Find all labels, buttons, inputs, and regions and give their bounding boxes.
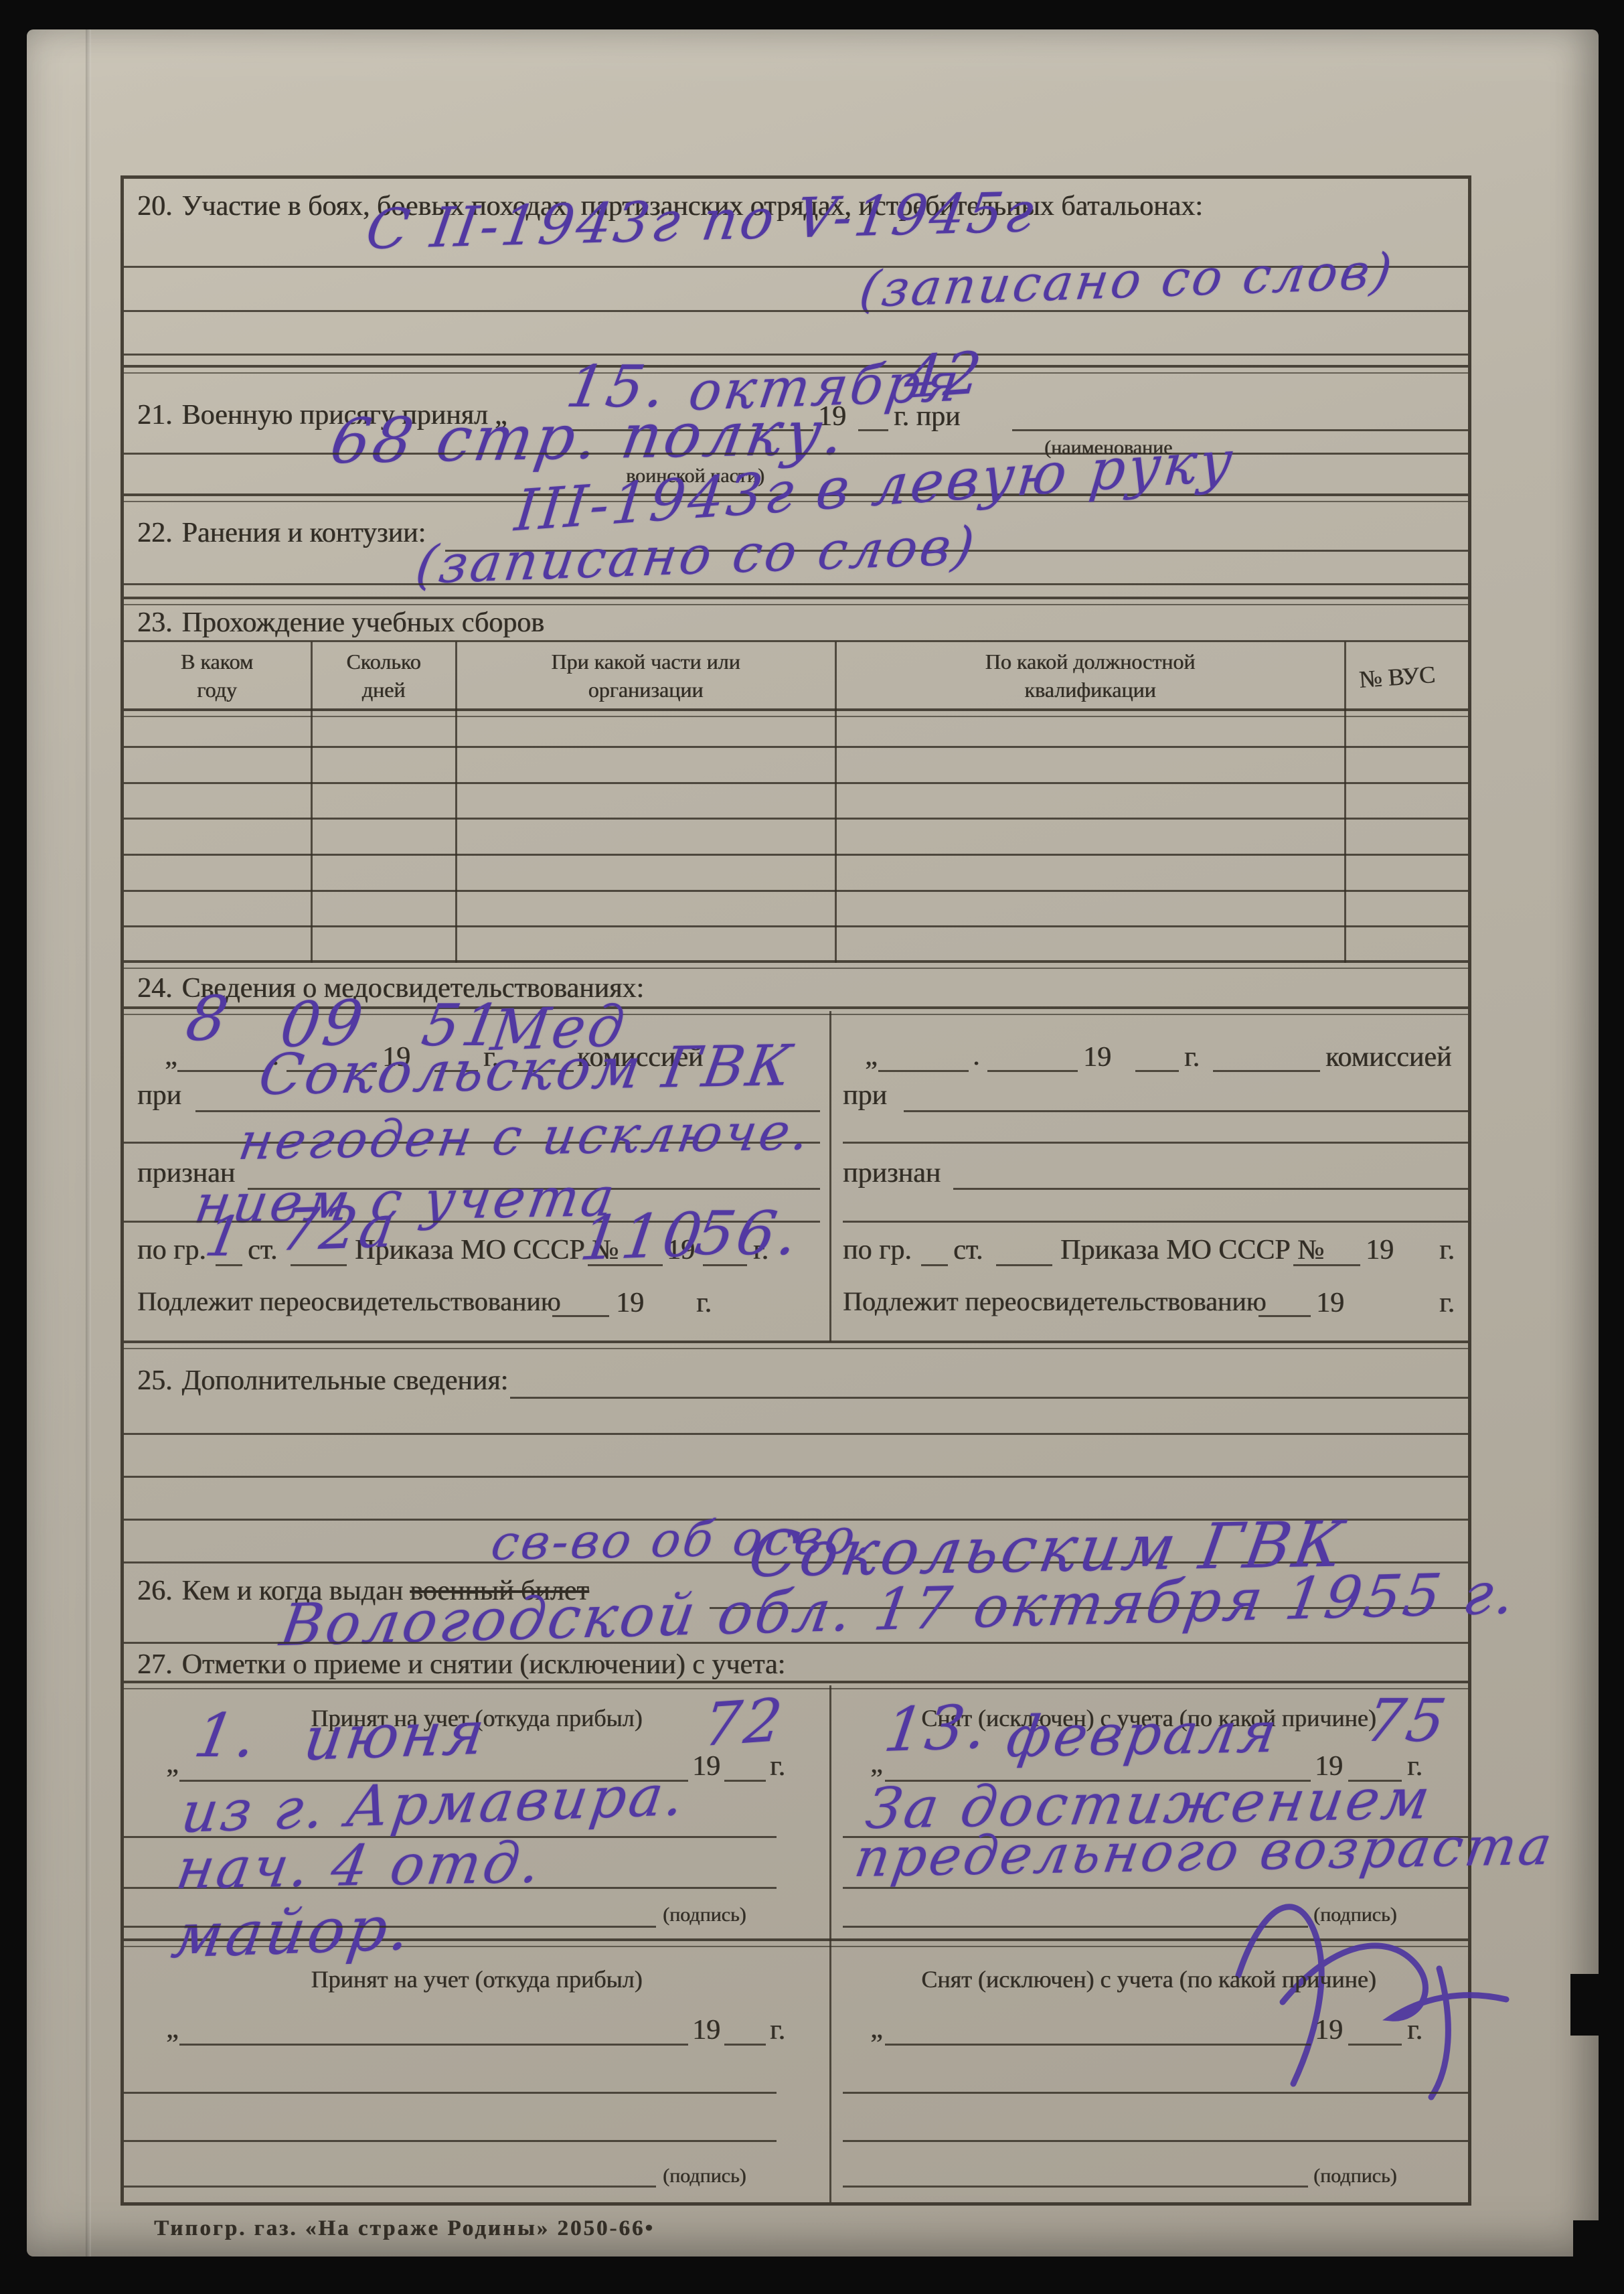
- printed-year-abbr: г.: [1184, 1041, 1200, 1073]
- rule: [921, 1264, 948, 1266]
- section-22-label: Ранения и контузии:: [182, 518, 426, 548]
- handwriting-order-year: 56.: [690, 1199, 807, 1269]
- printed-group: по гр.: [137, 1234, 206, 1266]
- handwriting-order-number: 110: [576, 1199, 710, 1274]
- printed-year-abbr: г.: [696, 1287, 712, 1319]
- section-27-title-line: 27.Отметки о приеме и снятии (исключении…: [137, 1649, 785, 1681]
- rule: [987, 1070, 1078, 1072]
- section-25-title-line: 25.Дополнительные сведения:: [137, 1365, 508, 1397]
- table-row-line: [124, 854, 1468, 856]
- rule: [124, 354, 1468, 356]
- printed-19: 19: [1316, 1287, 1344, 1319]
- rule: [1135, 1070, 1179, 1072]
- paper-crease: [86, 29, 91, 2257]
- removed-header: Снят (исключен) с учета (по какой причин…: [829, 1965, 1468, 1993]
- handwriting-recognized-line2: нием с учета: [191, 1166, 621, 1235]
- table-column-line: [1344, 641, 1346, 963]
- printed-group: по гр.: [843, 1234, 912, 1266]
- printed-year-abbr: г.: [770, 2014, 785, 2046]
- printed-reexam: Подлежит переосвидетельствованию: [137, 1286, 560, 1317]
- table-top-line: [124, 640, 1468, 642]
- printed-reexam: Подлежит переосвидетельствованию: [843, 1286, 1266, 1317]
- rule: [1012, 429, 1468, 431]
- rule: [179, 2044, 688, 2046]
- rule: [291, 1264, 347, 1266]
- table-row-line: [124, 782, 1468, 784]
- rule: [177, 1070, 268, 1072]
- section-25-number: 25.: [137, 1365, 173, 1396]
- section-21-number: 21.: [137, 400, 173, 431]
- printed-year-abbr: г.: [1407, 2014, 1423, 2046]
- section-24-number: 24.: [137, 973, 173, 1004]
- rule: [124, 2140, 777, 2142]
- handwriting-recognized-line1: негоден с исключе.: [235, 1101, 816, 1171]
- rule: [1213, 1070, 1320, 1072]
- table-header-qualification: По какой должностной квалификации: [839, 648, 1342, 704]
- section-22-label-line: 22.Ранения и контузии:: [137, 517, 426, 549]
- section-26-number: 26.: [137, 1576, 173, 1606]
- table-column-line: [311, 641, 313, 963]
- section-25-title: Дополнительные сведения:: [182, 1365, 509, 1396]
- handwriting-accepted-day: 1.: [189, 1701, 264, 1771]
- rule: [124, 583, 1468, 585]
- rule: [843, 2140, 1468, 2142]
- printed-year-abbr: г.: [1439, 1287, 1455, 1319]
- table-header-unit: При какой части или организации: [459, 648, 832, 704]
- rule: [124, 1642, 1468, 1644]
- printed-at: при: [843, 1079, 887, 1112]
- printer-imprint: Типогр. газ. «На страже Родины» 2050-66•: [154, 2216, 655, 2241]
- table-row-line: [124, 746, 1468, 748]
- sign-label: (подпись): [663, 1904, 746, 1926]
- table-column-line: [835, 641, 837, 963]
- printed-article: ст.: [953, 1234, 983, 1266]
- handwriting-removed-day: 13.: [880, 1691, 994, 1766]
- table-bottom-line: [124, 960, 1468, 969]
- scanned-military-card-page: 20.Участие в боях, боевых походах, парти…: [0, 0, 1624, 2294]
- printed-19: 19: [1083, 1041, 1111, 1073]
- printed-19: 19: [1315, 2014, 1343, 2046]
- rule: [953, 1188, 1468, 1190]
- table-row-line: [124, 818, 1468, 820]
- rule: [1348, 2044, 1402, 2046]
- handwriting-accepted-position: нач. 4 отд.: [172, 1829, 548, 1902]
- section-divider: [124, 1681, 1468, 1689]
- rule: [878, 1070, 969, 1072]
- printed-dot: .: [973, 1040, 980, 1072]
- table-row-line: [124, 925, 1468, 927]
- rule: [724, 1780, 766, 1782]
- handwriting-oath-year: 42: [902, 339, 987, 412]
- rule: [124, 1433, 1468, 1435]
- printed-year-abbr: г.: [1439, 1234, 1455, 1266]
- sign-label: (подпись): [663, 2165, 746, 2188]
- table-header-days: Сколько дней: [315, 648, 453, 704]
- handwriting-removed-year: 75: [1361, 1686, 1453, 1755]
- handwriting-removed-month: февраля: [1002, 1699, 1284, 1770]
- section-20-number: 20.: [137, 191, 173, 222]
- printed-recognized: признан: [843, 1157, 941, 1189]
- section-23-title-line: 23.Прохождение учебных сборов: [137, 607, 544, 639]
- rule: [904, 1110, 1468, 1112]
- rule: [124, 2092, 777, 2094]
- table-column-line: [455, 641, 457, 963]
- accepted-header: Принят на учет (откуда прибыл): [124, 1965, 829, 1993]
- paper-corner-notch: [1573, 2220, 1624, 2294]
- rule: [124, 1476, 1468, 1478]
- rule: [843, 1142, 1468, 1144]
- rule: [724, 2044, 766, 2046]
- printed-19: 19: [616, 1287, 644, 1319]
- open-quote: „: [166, 1748, 179, 1780]
- printed-19: 19: [692, 2014, 720, 2046]
- section-27-number: 27.: [137, 1649, 173, 1680]
- medical-columns-divider: [829, 1011, 831, 1342]
- sign-label: (подпись): [1313, 2165, 1397, 2188]
- section-22-number: 22.: [137, 518, 173, 548]
- rule: [843, 2186, 1308, 2188]
- rule: [1293, 1264, 1360, 1266]
- handwriting-accepted-year: 72: [701, 1685, 789, 1760]
- section-27-title: Отметки о приеме и снятии (исключении) с…: [182, 1649, 786, 1680]
- rule: [885, 2044, 1311, 2046]
- open-quote: „: [870, 2013, 883, 2045]
- paper-edge-notch: [1570, 1974, 1624, 2036]
- rule: [124, 1926, 656, 1928]
- section-divider: [124, 1341, 1468, 1349]
- handwriting-accepted-rank: майор.: [167, 1892, 417, 1972]
- rule: [843, 2092, 1468, 2094]
- table-row-line: [124, 890, 1468, 892]
- rule: [552, 1315, 609, 1317]
- table-header-bottom-line: [124, 708, 1468, 717]
- section-23-title: Прохождение учебных сборов: [182, 607, 544, 638]
- printed-order: Приказа МО СССР №: [1060, 1234, 1324, 1266]
- handwriting-med-issuer: Сокольском ГВК: [254, 1033, 799, 1107]
- rule: [858, 429, 888, 431]
- table-header-year: В каком году: [126, 648, 308, 704]
- rule: [843, 1221, 1468, 1223]
- printed-article: ст.: [248, 1234, 277, 1266]
- rule: [1258, 1315, 1311, 1317]
- handwriting-accepted-month: июня: [300, 1697, 492, 1774]
- rule: [124, 453, 1468, 455]
- open-quote: „: [165, 1040, 177, 1072]
- rule: [124, 2186, 656, 2188]
- table-header-vus: № ВУС: [1358, 660, 1437, 694]
- handwriting-article-value: 72а: [276, 1193, 402, 1265]
- rule: [510, 1397, 1468, 1399]
- rule: [996, 1264, 1052, 1266]
- section-23-number: 23.: [137, 607, 173, 638]
- printed-19: 19: [1366, 1234, 1394, 1266]
- rule: [124, 310, 1468, 312]
- printed-year-abbr: г.: [770, 1750, 785, 1782]
- printed-at: при: [137, 1079, 181, 1112]
- open-quote: „: [865, 1040, 878, 1072]
- open-quote: „: [166, 2013, 179, 2045]
- section-divider: [124, 597, 1468, 605]
- printed-commission: комиссией: [1325, 1041, 1451, 1073]
